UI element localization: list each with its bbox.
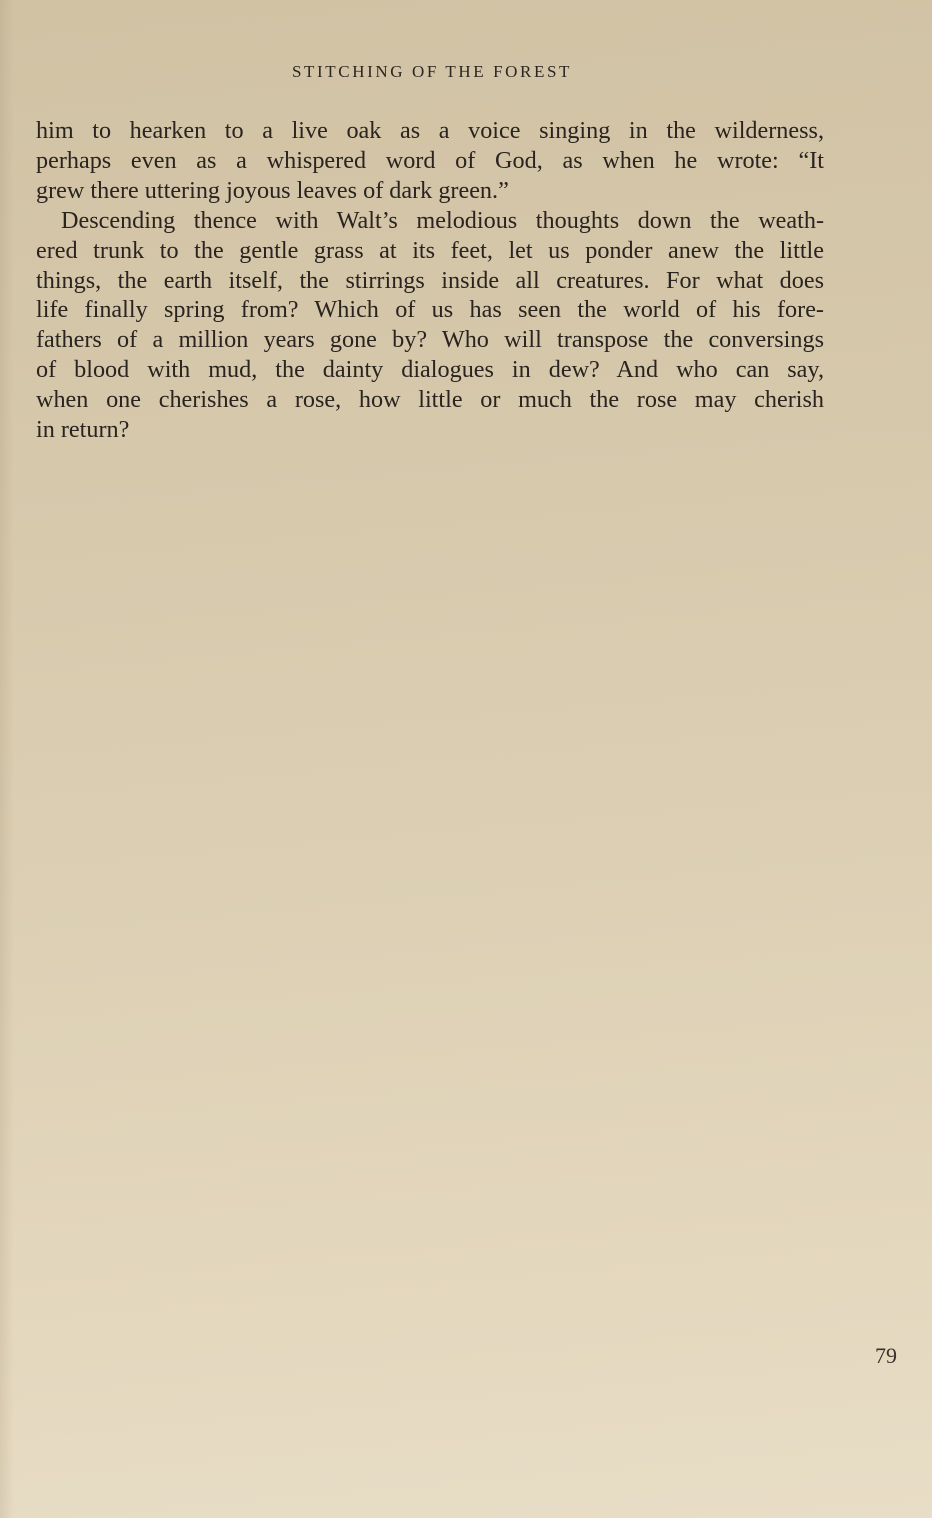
paragraph-2: Descending thence with Walt’s melodious … xyxy=(36,206,824,445)
text-line: of blood with mud, the dainty dialogues … xyxy=(36,355,824,385)
book-page: STITCHING OF THE FOREST him to hearken t… xyxy=(0,0,932,1518)
text-line: life finally spring from? Which of us ha… xyxy=(36,295,824,325)
text-line: grew there uttering joyous leaves of dar… xyxy=(36,176,824,206)
page-number: 79 xyxy=(875,1343,897,1369)
text-line: in return? xyxy=(36,415,824,445)
body-text: him to hearken to a live oak as a voice … xyxy=(36,116,824,445)
text-line: fathers of a million years gone by? Who … xyxy=(36,325,824,355)
paragraph-1: him to hearken to a live oak as a voice … xyxy=(36,116,824,206)
running-head: STITCHING OF THE FOREST xyxy=(0,62,864,82)
text-line: Descending thence with Walt’s melodious … xyxy=(36,206,824,236)
text-line: when one cherishes a rose, how little or… xyxy=(36,385,824,415)
text-line: things, the earth itself, the stirrings … xyxy=(36,266,824,296)
text-line: perhaps even as a whispered word of God,… xyxy=(36,146,824,176)
text-line: ered trunk to the gentle grass at its fe… xyxy=(36,236,824,266)
page-edge-shadow xyxy=(0,0,14,1518)
text-line: him to hearken to a live oak as a voice … xyxy=(36,116,824,146)
